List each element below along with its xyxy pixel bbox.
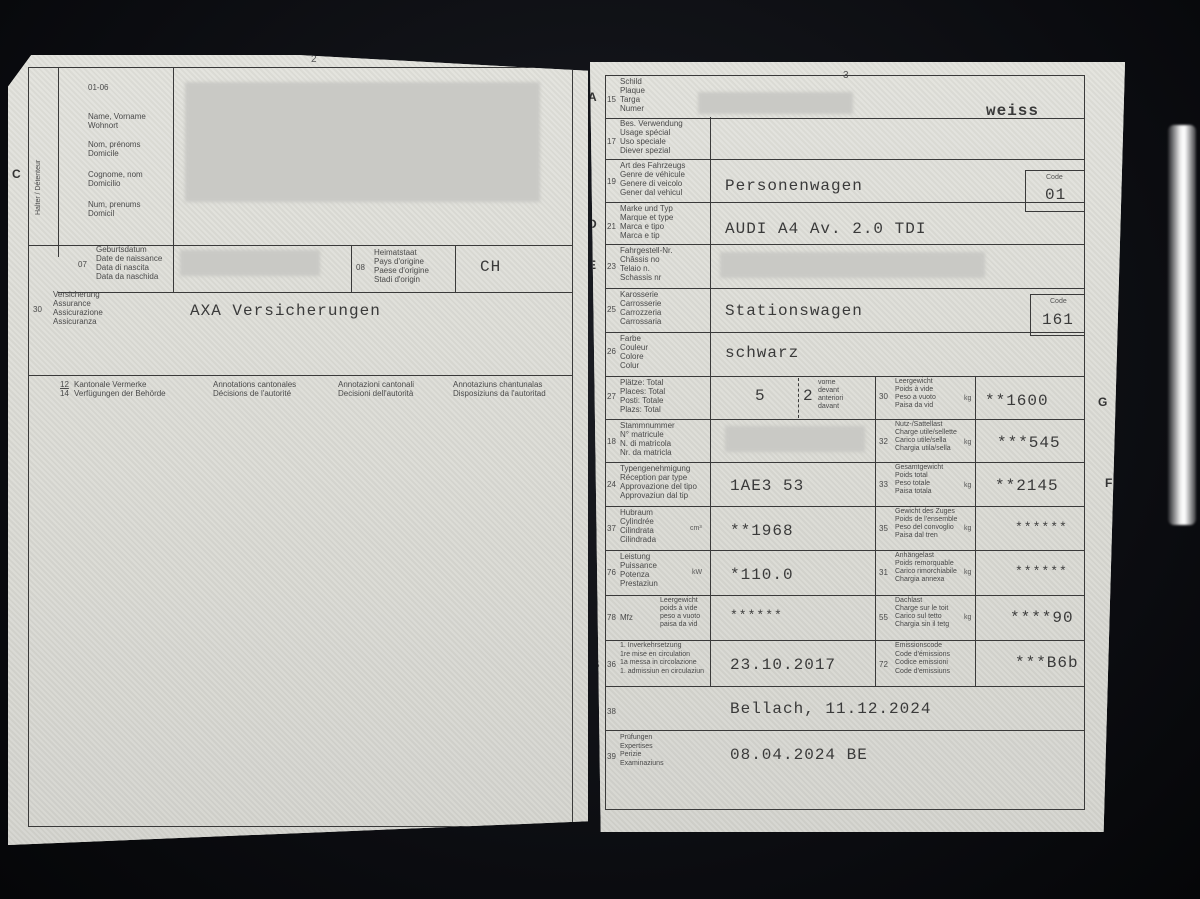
place-date-value: Bellach, 11.12.2024 [730, 700, 931, 718]
front-seats-label: vorne devant anteriori davant [818, 379, 843, 411]
roof-load-label: Dachlast Charge sur le toit Carico sul t… [895, 597, 949, 629]
seats-value: 5 [755, 387, 766, 405]
first-registration-label: 1. Inverkehrsetzung 1re mise en circulat… [620, 642, 704, 676]
empty-weight-mfz-value: ****** [730, 608, 783, 623]
payload-label: Nutz-/Sattellast Charge utile/sellette C… [895, 421, 957, 453]
total-weight-value: **2145 [995, 477, 1059, 495]
birth-date-redacted [180, 250, 320, 276]
power-label: Leistung Puissance Potenza Prestaziun [620, 552, 658, 588]
body-code: 161 [1042, 311, 1074, 329]
country-origin-value: CH [480, 258, 501, 276]
front-seats-value: 2 [803, 387, 814, 405]
plate-label: Schild Plaque Targa Numer [620, 77, 645, 113]
displacement-label: Hubraum Cylindrée Cilindrata Cilindrada [620, 508, 656, 544]
color-value: schwarz [725, 344, 799, 362]
owner-label-rm: Num, prenums Domicil [88, 200, 140, 218]
owner-name-redacted [185, 82, 540, 202]
seats-label: Plätze: Total Places: Total Posti: Total… [620, 378, 665, 414]
owner-side-label: Halter / Détenteur [34, 160, 43, 215]
inspections-label: Prüfungen Expertises Perizie Examinaziun… [620, 734, 664, 768]
page-number: 2 [311, 54, 317, 65]
vehicle-type-value: Personenwagen [725, 177, 863, 195]
right-page: 3 A 15 Schild Plaque Targa Numer weiss 1… [590, 62, 1125, 832]
trailer-load-value: ****** [1015, 564, 1068, 579]
cantonal-notes-de: Kantonale Vermerke Verfügungen der Behör… [74, 380, 166, 398]
master-number-redacted [725, 426, 865, 452]
total-weight-label: Gesamtgewicht Poids total Peso totale Pa… [895, 464, 943, 496]
vehicle-type-label: Art des Fahrzeugs Genre de véhicule Gene… [620, 161, 685, 197]
cantonal-notes-fr: Annotations cantonales Décisions de l'au… [213, 380, 296, 398]
trailer-load-label: Anhängelast Poids remorquable Carico rim… [895, 552, 957, 584]
empty-weight-value: **1600 [985, 392, 1049, 410]
birth-date-label: Geburtsdatum Date de naissance Data di n… [96, 245, 162, 281]
make-model-value: AUDI A4 Av. 2.0 TDI [725, 220, 926, 238]
country-origin-label: Heimatstaat Pays d'origine Paese d'origi… [374, 248, 429, 284]
insurance-value: AXA Versicherungen [190, 302, 381, 320]
body-value: Stationswagen [725, 302, 863, 320]
chassis-label: Fahrgestell-Nr. Châssis no Telaio n. Sch… [620, 246, 672, 282]
train-weight-value: ****** [1015, 520, 1068, 535]
emission-code-value: ***B6b [1015, 654, 1079, 672]
owner-code: 01-06 [88, 83, 108, 92]
cantonal-notes-it: Annotazioni cantonali Decisioni dell'aut… [338, 380, 414, 398]
special-use-label: Bes. Verwendung Usage spécial Uso specia… [620, 119, 683, 155]
first-registration-value: 23.10.2017 [730, 656, 836, 674]
power-value: *110.0 [730, 566, 794, 584]
body-label: Karosserie Carrosserie Carrozzeria Carro… [620, 290, 661, 326]
master-number-label: Stammnummer N° matricule N. di matricola… [620, 421, 675, 457]
section-letter-c: C [12, 167, 21, 181]
payload-value: ***545 [997, 434, 1061, 452]
empty-weight-mfz-label: Leergewicht poids à vide peso a vuoto pa… [660, 597, 700, 629]
left-page: 2 C Halter / Détenteur 01-06 Name, Vorna… [8, 55, 588, 845]
owner-label-it: Cognome, nom Domicilio [88, 170, 143, 188]
empty-weight-label: Leergewicht Poids à vide Peso a vuoto Pa… [895, 378, 936, 410]
roof-load-value: ****90 [1010, 609, 1074, 627]
inspections-value: 08.04.2024 BE [730, 746, 868, 764]
color-label: Farbe Couleur Colore Colur [620, 334, 648, 370]
background-glare [1168, 125, 1196, 525]
make-model-label: Marke und Typ Marque et type Marca e tip… [620, 204, 673, 240]
train-weight-label: Gewicht des Zuges Poids de l'ensemble Pe… [895, 508, 957, 540]
type-approval-value: 1AE3 53 [730, 477, 804, 495]
insurance-label: Versicherung Assurance Assicurazione Ass… [53, 290, 103, 326]
emission-code-label: Emissionscode Code d'émissions Codice em… [895, 642, 950, 676]
owner-label-fr: Nom, prénoms Domicile [88, 140, 140, 158]
displacement-value: **1968 [730, 522, 794, 540]
owner-label-de: Name, Vorname Wohnort [88, 112, 146, 130]
cantonal-notes-rm: Annotaziuns chantunalas Disposiziuns da … [453, 380, 546, 398]
plate-redacted [698, 92, 853, 114]
type-approval-label: Typengenehmigung Réception par type Appr… [620, 464, 697, 500]
chassis-redacted [720, 252, 985, 278]
